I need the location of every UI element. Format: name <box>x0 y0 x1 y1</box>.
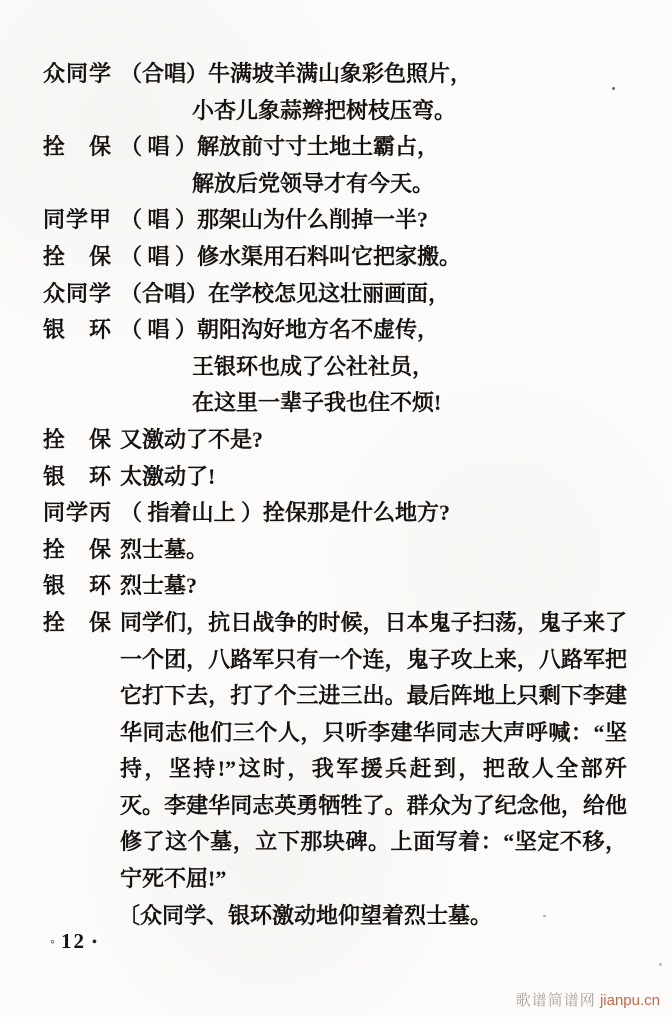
paragraph-row: 持，坚持!”这时，我军援兵赶到，把敌人全部歼 <box>0 751 672 788</box>
paragraph-row: 拴 保同学们，抗日战争的时候，日本鬼子扫荡，鬼子来了 <box>0 605 672 642</box>
dialogue-row: 拴 保又激动了不是? <box>0 422 672 459</box>
paragraph-line: 它打下去，打了个三进三出。最后阵地上只剩下李建 <box>120 678 627 715</box>
speaker-name: 众同学 <box>43 56 115 93</box>
dialogue-text: （合唱）牛满坡羊满山象彩色照片， <box>120 56 672 93</box>
line-text: 拴保那是什么地方? <box>263 500 450 525</box>
stage-direction-text: 〔众同学、银环激动地仰望着烈士墓。 <box>118 898 672 935</box>
line-text: 太激动了! <box>120 464 215 489</box>
dialogue-row: 众同学（合唱）牛满坡羊满山象彩色照片， <box>0 56 672 93</box>
page-number-dot-left: ◦ <box>44 935 61 950</box>
speaker-name: 银 环 <box>43 312 115 349</box>
dialogue-text: 烈士墓。 <box>120 532 672 569</box>
paragraph-line: 灭。李建华同志英勇牺牲了。群众为了纪念他，给他 <box>120 788 627 825</box>
line-text: 王银环也成了公社社员， <box>192 349 672 386</box>
scan-speck <box>659 963 662 966</box>
speaker-name: 银 环 <box>43 459 115 496</box>
stage-cue: （ 唱 ） <box>120 317 197 342</box>
dialogue-text: （ 唱 ）那架山为什么削掉一半? <box>120 202 672 239</box>
line-text: 朝阳沟好地方名不虚传， <box>197 317 439 342</box>
line-text: 解放后党领导才有今天。 <box>192 166 672 203</box>
dialogue-text: 烈士墓? <box>120 568 672 605</box>
dialogue-row: 银 环（ 唱 ）朝阳沟好地方名不虚传， <box>0 312 672 349</box>
stage-cue: （合唱） <box>120 281 208 306</box>
paragraph-row: 一个团，八路军只有一个连，鬼子攻上来，八路军把 <box>0 642 672 679</box>
watermark-site-name: 歌谱简谱网 <box>516 992 596 1009</box>
dialogue-row: 拴 保（ 唱 ）修水渠用石料叫它把家搬。 <box>0 239 672 276</box>
line-text: 修水渠用石料叫它把家搬。 <box>197 244 461 269</box>
speaker-name: 拴 保 <box>43 532 115 569</box>
page-number-dot-right: • <box>86 935 103 950</box>
script-text-block: 众同学（合唱）牛满坡羊满山象彩色照片，小杏儿象蒜辫把树枝压弯。拴 保（ 唱 ）解… <box>0 56 672 934</box>
paragraph-row: 修了这个墓，立下那块碑。上面写着：“坚定不移， <box>0 824 672 861</box>
verse-continuation-row: 解放后党领导才有今天。 <box>0 166 672 203</box>
line-text: 在这里一辈子我也住不烦! <box>192 385 672 422</box>
speaker-name: 拴 保 <box>43 422 115 459</box>
dialogue-text: （ 唱 ）朝阳沟好地方名不虚传， <box>120 312 672 349</box>
scanned-script-page: 众同学（合唱）牛满坡羊满山象彩色照片，小杏儿象蒜辫把树枝压弯。拴 保（ 唱 ）解… <box>0 0 672 1017</box>
verse-continuation-row: 在这里一辈子我也住不烦! <box>0 385 672 422</box>
line-text: 又激动了不是? <box>120 427 263 452</box>
line-text: 烈士墓? <box>120 573 197 598</box>
dialogue-text: 又激动了不是? <box>120 422 672 459</box>
speaker-name: 拴 保 <box>43 129 115 166</box>
dialogue-text: （ 唱 ）修水渠用石料叫它把家搬。 <box>120 239 672 276</box>
stage-cue: （ 指着山上 ） <box>120 500 263 525</box>
speaker-name: 拴 保 <box>43 605 115 642</box>
watermark-site-url: jianpu.cn <box>600 992 660 1009</box>
stage-cue: （ 唱 ） <box>120 134 197 159</box>
paragraph-line: 持，坚持!”这时，我军援兵赶到，把敌人全部歼 <box>120 751 627 788</box>
dialogue-row: 拴 保烈士墓。 <box>0 532 672 569</box>
verse-continuation-row: 王银环也成了公社社员， <box>0 349 672 386</box>
paragraph-line: 宁死不屈!” <box>120 861 627 898</box>
dialogue-text: （ 指着山上 ）拴保那是什么地方? <box>120 495 672 532</box>
line-text: 烈士墓。 <box>120 537 208 562</box>
verse-continuation-row: 小杏儿象蒜辫把树枝压弯。 <box>0 93 672 130</box>
paragraph-row: 灭。李建华同志英勇牺牲了。群众为了纪念他，给他 <box>0 788 672 825</box>
dialogue-row: 银 环太激动了! <box>0 459 672 496</box>
scan-speck <box>543 915 546 917</box>
line-text: 小杏儿象蒜辫把树枝压弯。 <box>192 93 672 130</box>
paragraph-line: 华同志他们三个人，只听李建华同志大声呼喊：“坚 <box>120 715 627 752</box>
line-text: 牛满坡羊满山象彩色照片， <box>208 61 472 86</box>
paragraph-line: 一个团，八路军只有一个连，鬼子攻上来，八路军把 <box>120 642 627 679</box>
speaker-name: 同学甲 <box>43 202 115 239</box>
speaker-name: 众同学 <box>43 276 115 313</box>
page-number-value: 12 <box>61 929 86 953</box>
dialogue-text: （ 唱 ）解放前寸寸土地土霸占， <box>120 129 672 166</box>
watermark: 歌谱简谱网 jianpu.cn <box>516 992 660 1010</box>
stage-cue: （合唱） <box>120 61 208 86</box>
page-number: ◦12• <box>44 926 103 956</box>
dialogue-row: 同学甲（ 唱 ）那架山为什么削掉一半? <box>0 202 672 239</box>
speaker-name: 同学丙 <box>43 495 115 532</box>
paragraph-line: 同学们，抗日战争的时候，日本鬼子扫荡，鬼子来了 <box>120 605 627 642</box>
dialogue-row: 众同学（合唱）在学校怎见这壮丽画面， <box>0 276 672 313</box>
paragraph-line: 修了这个墓，立下那块碑。上面写着：“坚定不移， <box>120 824 627 861</box>
paragraph-row: 华同志他们三个人，只听李建华同志大声呼喊：“坚 <box>0 715 672 752</box>
dialogue-text: 太激动了! <box>120 459 672 496</box>
stage-cue: （ 唱 ） <box>120 207 197 232</box>
speaker-name: 拴 保 <box>43 239 115 276</box>
paragraph-row: 宁死不屈!” <box>0 861 672 898</box>
dialogue-text: （合唱）在学校怎见这壮丽画面， <box>120 276 672 313</box>
paragraph-row: 它打下去，打了个三进三出。最后阵地上只剩下李建 <box>0 678 672 715</box>
dialogue-row: 银 环烈士墓? <box>0 568 672 605</box>
speaker-name: 银 环 <box>43 568 115 605</box>
line-text: 在学校怎见这壮丽画面， <box>208 281 450 306</box>
scan-speck <box>612 87 615 90</box>
dialogue-row: 拴 保（ 唱 ）解放前寸寸土地土霸占， <box>0 129 672 166</box>
stage-cue: （ 唱 ） <box>120 244 197 269</box>
line-text: 解放前寸寸土地土霸占， <box>197 134 439 159</box>
dialogue-row: 同学丙（ 指着山上 ）拴保那是什么地方? <box>0 495 672 532</box>
line-text: 那架山为什么削掉一半? <box>197 207 428 232</box>
